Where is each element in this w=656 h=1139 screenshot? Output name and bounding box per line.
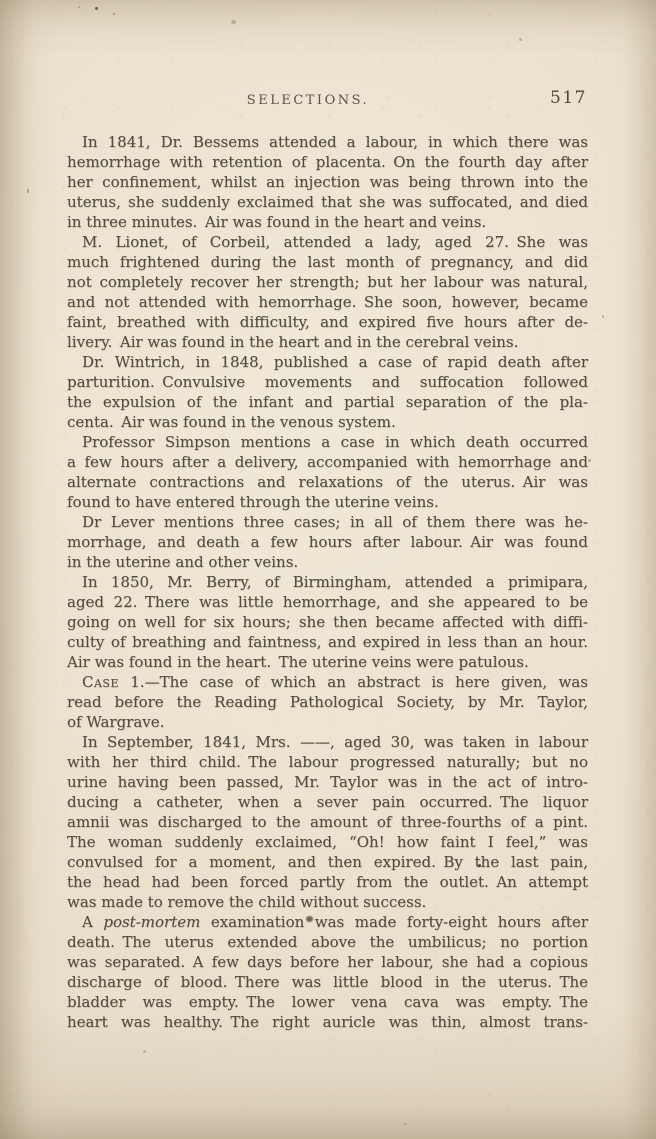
- text-segment: parturition. Convulsive movements and su…: [67, 373, 588, 391]
- paragraph: In 1850, Mr. Berry, of Birmingham, atten…: [67, 572, 588, 672]
- text-segment: was separated. A few days before her lab…: [67, 953, 588, 971]
- paragraph: Dr. Wintrich, in 1848, published a case …: [67, 352, 588, 432]
- text-line: read before the Reading Pathological Soc…: [67, 692, 588, 712]
- running-title: SELECTIONS.: [68, 93, 548, 108]
- text-line: hemorrhage with retention of placenta. O…: [67, 152, 588, 172]
- text-segment: urine having been passed, Mr. Taylor was…: [67, 773, 588, 791]
- text-segment: with her third child. The labour progres…: [67, 753, 588, 771]
- text-line: going on well for six hours; she then be…: [67, 612, 588, 632]
- text-segment: discharge of blood. There was little blo…: [67, 973, 588, 991]
- text-segment: Dr Lever mentions three cases; in all of…: [82, 513, 588, 531]
- text-segment: 1.—The case of which an abstract is here…: [119, 673, 588, 691]
- text-segment: bladder was empty. The lower vena cava w…: [67, 993, 588, 1011]
- text-segment: In 1841, Dr. Bessems attended a labour, …: [82, 133, 588, 151]
- text-segment: death. The uterus extended above the umb…: [67, 933, 588, 951]
- text-segment: of Wargrave.: [67, 713, 164, 731]
- text-segment: A: [82, 913, 103, 931]
- text-line: urine having been passed, Mr. Taylor was…: [67, 772, 588, 792]
- text-line: morrhage, and death a few hours after la…: [67, 532, 588, 552]
- page-header: SELECTIONS. 517: [68, 90, 588, 112]
- paragraph: A post-mortem examination was made forty…: [67, 912, 588, 1032]
- text-line: alternate contractions and relaxations o…: [67, 472, 588, 492]
- text-segment: was made to remove the child without suc…: [67, 893, 426, 911]
- text-line: her confinement, whilst an injection was…: [67, 172, 588, 192]
- text-segment: aged 22. There was little hemorrhage, an…: [67, 593, 588, 611]
- text-segment: read before the Reading Pathological Soc…: [67, 693, 588, 711]
- text-line: bladder was empty. The lower vena cava w…: [67, 992, 588, 1012]
- text-line: aged 22. There was little hemorrhage, an…: [67, 592, 588, 612]
- text-line: Dr. Wintrich, in 1848, published a case …: [67, 352, 588, 372]
- text-block: In 1841, Dr. Bessems attended a labour, …: [67, 132, 588, 1032]
- text-segment: ducing a catheter, when a sever pain occ…: [67, 793, 588, 811]
- text-line: discharge of blood. There was little blo…: [67, 972, 588, 992]
- text-segment: alternate contractions and relaxations o…: [67, 473, 588, 491]
- text-segment: M. Lionet, of Corbeil, attended a lady, …: [82, 233, 588, 251]
- ink-speck: [78, 6, 80, 8]
- text-line: in the uterine and other veins.: [67, 552, 588, 572]
- paragraph: In September, 1841, Mrs. ——, aged 30, wa…: [67, 732, 588, 912]
- italic-text: post-mortem: [103, 913, 200, 931]
- paragraph: Professor Simpson mentions a case in whi…: [67, 432, 588, 512]
- text-segment: uterus, she suddenly exclaimed that she …: [67, 193, 588, 211]
- text-segment: going on well for six hours; she then be…: [67, 613, 588, 631]
- text-segment: the expulsion of the infant and partial …: [67, 393, 588, 411]
- text-segment: and not attended with hemorrhage. She so…: [67, 293, 588, 311]
- ink-speck: [113, 13, 115, 15]
- text-line: the expulsion of the infant and partial …: [67, 392, 588, 412]
- text-line: In September, 1841, Mrs. ——, aged 30, wa…: [67, 732, 588, 752]
- text-line: A post-mortem examination was made forty…: [67, 912, 588, 932]
- small-caps-text: Case: [82, 673, 119, 691]
- text-segment: amnii was discharged to the amount of th…: [67, 813, 588, 831]
- text-line: Air was found in the heart. The uterine …: [67, 652, 588, 672]
- text-segment: hemorrhage with retention of placenta. O…: [67, 153, 588, 171]
- text-line: The woman suddenly exclaimed, “Oh! how f…: [67, 832, 588, 852]
- text-line: In 1841, Dr. Bessems attended a labour, …: [67, 132, 588, 152]
- text-segment: not completely recover her strength; but…: [67, 273, 588, 291]
- paragraph: Dr Lever mentions three cases; in all of…: [67, 512, 588, 572]
- text-segment: In September, 1841, Mrs. ——, aged 30, wa…: [82, 733, 588, 751]
- page-number: 517: [550, 88, 587, 108]
- text-line: in three minutes. Air was found in the h…: [67, 212, 588, 232]
- text-line: death. The uterus extended above the umb…: [67, 932, 588, 952]
- text-line: and not attended with hemorrhage. She so…: [67, 292, 588, 312]
- text-line: Case 1.—The case of which an abstract is…: [67, 672, 588, 692]
- text-segment: examination was made forty-eight hours a…: [200, 913, 588, 931]
- text-line: the head had been forced partly from the…: [67, 872, 588, 892]
- paragraph: In 1841, Dr. Bessems attended a labour, …: [67, 132, 588, 232]
- paragraph: Case 1.—The case of which an abstract is…: [67, 672, 588, 732]
- ink-speck: [95, 7, 98, 10]
- text-segment: a few hours after a delivery, accompanie…: [67, 453, 588, 471]
- text-line: was made to remove the child without suc…: [67, 892, 588, 912]
- text-line: ducing a catheter, when a sever pain occ…: [67, 792, 588, 812]
- text-line: much frightened during the last month of…: [67, 252, 588, 272]
- text-segment: morrhage, and death a few hours after la…: [67, 533, 588, 551]
- text-segment: the head had been forced partly from the…: [67, 873, 588, 891]
- text-line: uterus, she suddenly exclaimed that she …: [67, 192, 588, 212]
- text-line: was separated. A few days before her lab…: [67, 952, 588, 972]
- text-line: of Wargrave.: [67, 712, 588, 732]
- text-segment: culty of breathing and faintness, and ex…: [67, 633, 588, 651]
- text-line: heart was healthy. The right auricle was…: [67, 1012, 588, 1032]
- text-segment: much frightened during the last month of…: [67, 253, 588, 271]
- text-segment: livery. Air was found in the heart and i…: [67, 333, 518, 351]
- text-line: Dr Lever mentions three cases; in all of…: [67, 512, 588, 532]
- text-line: livery. Air was found in the heart and i…: [67, 332, 588, 352]
- text-line: centa. Air was found in the venous syste…: [67, 412, 588, 432]
- text-line: found to have entered through the uterin…: [67, 492, 588, 512]
- foxing-spot: [519, 38, 522, 41]
- foxing-spot: [143, 1050, 146, 1053]
- text-line: faint, breathed with difficulty, and exp…: [67, 312, 588, 332]
- text-line: culty of breathing and faintness, and ex…: [67, 632, 588, 652]
- text-segment: found to have entered through the uterin…: [67, 493, 439, 511]
- foxing-spot: [231, 20, 236, 24]
- ink-speck: [602, 315, 604, 318]
- text-line: a few hours after a delivery, accompanie…: [67, 452, 588, 472]
- text-segment: her confinement, whilst an injection was…: [67, 173, 588, 191]
- book-page: SELECTIONS. 517 In 1841, Dr. Bessems att…: [0, 0, 656, 1139]
- text-segment: heart was healthy. The right auricle was…: [67, 1013, 588, 1031]
- paragraph: M. Lionet, of Corbeil, attended a lady, …: [67, 232, 588, 352]
- ink-speck: [27, 189, 29, 193]
- text-segment: Air was found in the heart. The uterine …: [67, 653, 529, 671]
- foxing-spot: [404, 1123, 407, 1125]
- text-segment: centa. Air was found in the venous syste…: [67, 413, 396, 431]
- text-line: In 1850, Mr. Berry, of Birmingham, atten…: [67, 572, 588, 592]
- text-line: M. Lionet, of Corbeil, attended a lady, …: [67, 232, 588, 252]
- text-line: parturition. Convulsive movements and su…: [67, 372, 588, 392]
- text-line: with her third child. The labour progres…: [67, 752, 588, 772]
- text-line: not completely recover her strength; but…: [67, 272, 588, 292]
- foxing-spot: [588, 459, 591, 462]
- text-segment: in the uterine and other veins.: [67, 553, 298, 571]
- text-line: amnii was discharged to the amount of th…: [67, 812, 588, 832]
- text-segment: The woman suddenly exclaimed, “Oh! how f…: [67, 833, 588, 851]
- text-segment: In 1850, Mr. Berry, of Birmingham, atten…: [82, 573, 588, 591]
- text-line: Professor Simpson mentions a case in whi…: [67, 432, 588, 452]
- text-segment: in three minutes. Air was found in the h…: [67, 213, 486, 231]
- text-segment: faint, breathed with difficulty, and exp…: [67, 313, 588, 331]
- text-line: convulsed for a moment, and then expired…: [67, 852, 588, 872]
- text-segment: Dr. Wintrich, in 1848, published a case …: [82, 353, 588, 371]
- text-segment: convulsed for a moment, and then expired…: [67, 853, 588, 871]
- text-segment: Professor Simpson mentions a case in whi…: [82, 433, 588, 451]
